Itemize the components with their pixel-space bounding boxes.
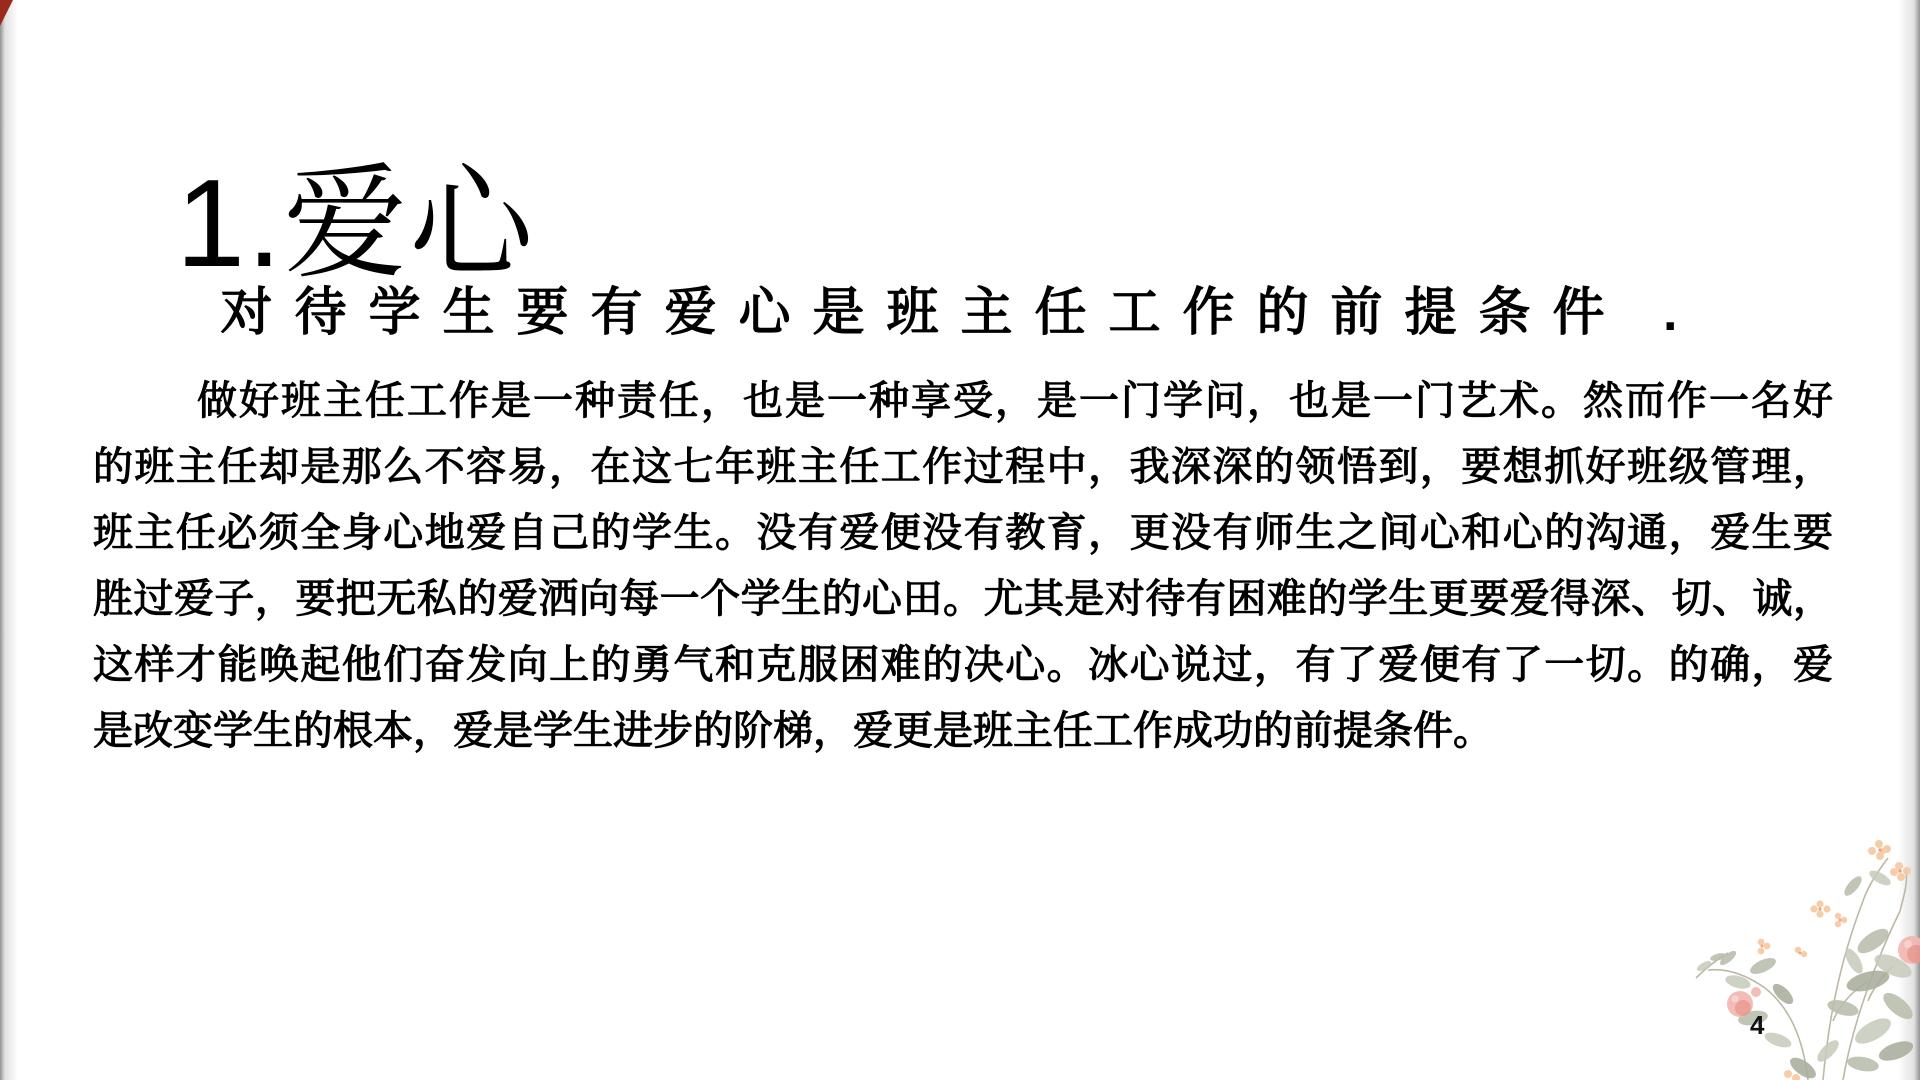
- corner-fold-icon: [0, 0, 13, 26]
- body-line: 胜过爱子，要把无私的爱洒向每一个学生的心田。尤其是对待有困难的学生更要爱得深、切…: [93, 566, 1833, 632]
- page-number: 4: [1750, 1010, 1764, 1041]
- flower-decoration: [1668, 816, 1920, 1080]
- body-line: 做好班主任工作是一种责任，也是一种享受，是一门学问，也是一门艺术。然而作一名好: [93, 368, 1833, 434]
- body-line: 班主任必须全身心地爱自己的学生。没有爱便没有教育，更没有师生之间心和心的沟通，爱…: [93, 500, 1833, 566]
- slide: 1.爱心 对待学生要有爱心是班主任工作的前提条件 . 做好班主任工作是一种责任，…: [0, 0, 1920, 1080]
- slide-subtitle: 对待学生要有爱心是班主任工作的前提条件 .: [0, 270, 1920, 345]
- body-line: 是改变学生的根本，爱是学生进步的阶梯，爱更是班主任工作成功的前提条件。: [93, 698, 1833, 764]
- body-line: 这样才能唤起他们奋发向上的勇气和克服困难的决心。冰心说过，有了爱便有了一切。的确…: [93, 632, 1833, 698]
- body-line: 的班主任却是那么不容易，在这七年班主任工作过程中，我深深的领悟到，要想抓好班级管…: [93, 434, 1833, 500]
- left-edge-shadow: [0, 0, 18, 1080]
- slide-body-paragraph: 做好班主任工作是一种责任，也是一种享受，是一门学问，也是一门艺术。然而作一名好的…: [93, 368, 1833, 764]
